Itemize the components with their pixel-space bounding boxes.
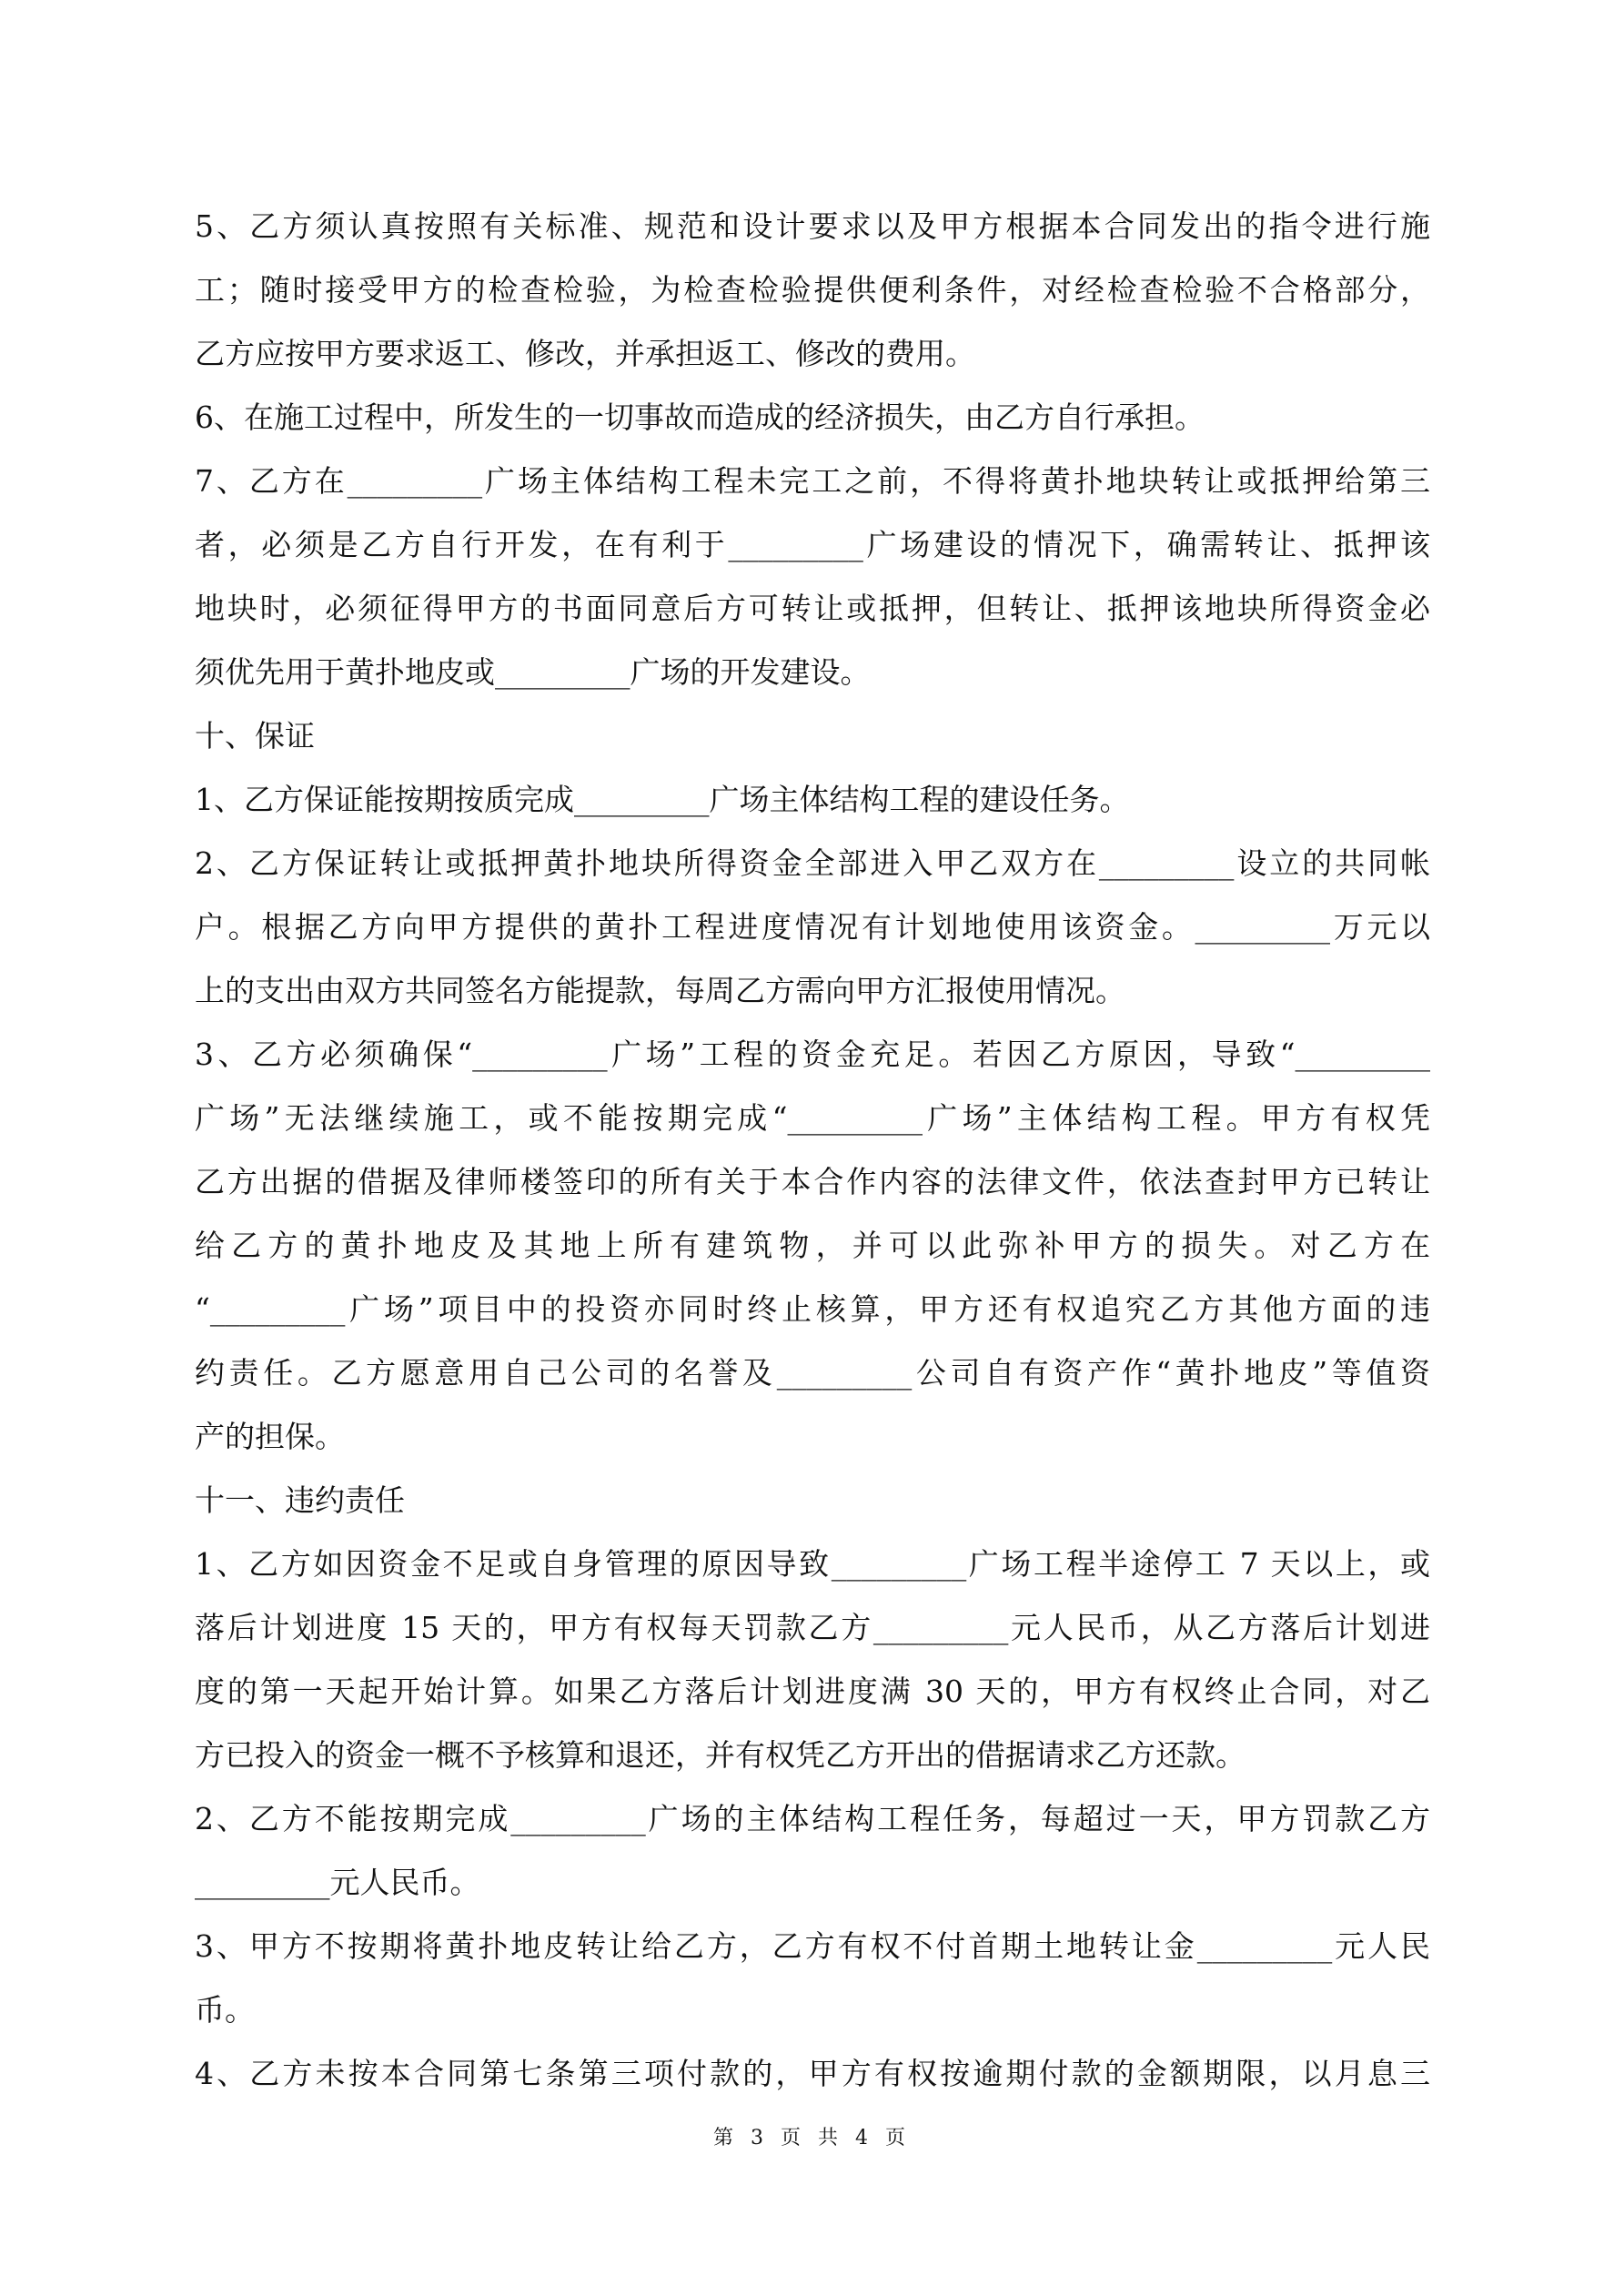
text-line: 户。根据乙方向甲方提供的黄扑工程进度情况有计划地使用该资金。_________万… — [195, 903, 1430, 966]
text-line: 产的担保。 — [195, 1412, 1430, 1476]
clause-9-7: 7、乙方在_________广场主体结构工程未完工之前，不得将黄扑地块转让或抵押… — [195, 457, 1430, 712]
text-line: 4、乙方未按本合同第七条第三项付款的，甲方有权按逾期付款的金额期限，以月息三 — [195, 2049, 1430, 2113]
text-line: 3、甲方不按期将黄扑地皮转让给乙方，乙方有权不付首期土地转让金_________… — [195, 1922, 1430, 1986]
text-line: 方已投入的资金一概不予核算和退还，并有权凭乙方开出的借据请求乙方还款。 — [195, 1731, 1430, 1795]
text-line: 币。 — [195, 1986, 1430, 2049]
clause-9-5: 5、乙方须认真按照有关标准、规范和设计要求以及甲方根据本合同发出的指令进行施 工… — [195, 202, 1430, 393]
text-line: _________元人民币。 — [195, 1858, 1430, 1922]
text-line: 乙方应按甲方要求返工、修改，并承担返工、修改的费用。 — [195, 329, 1430, 393]
text-line: 地块时，必须征得甲方的书面同意后方可转让或抵押，但转让、抵押该地块所得资金必 — [195, 584, 1430, 648]
clause-10-2: 2、乙方保证转让或抵押黄扑地块所得资金全部进入甲乙双方在_________设立的… — [195, 839, 1430, 1030]
clause-11-2: 2、乙方不能按期完成_________广场的主体结构工程任务，每超过一天，甲方罚… — [195, 1795, 1430, 1922]
text-line: 度的第一天起开始计算。如果乙方落后计划进度满 30 天的，甲方有权终止合同，对乙 — [195, 1667, 1430, 1731]
text-line: 乙方出据的借据及律师楼签印的所有关于本合作内容的法律文件，依法查封甲方已转让 — [195, 1158, 1430, 1221]
section-heading: 十、保证 — [195, 712, 1430, 775]
text-line: 2、乙方不能按期完成_________广场的主体结构工程任务，每超过一天，甲方罚… — [195, 1795, 1430, 1858]
text-line: 须优先用于黄扑地皮或_________广场的开发建设。 — [195, 648, 1430, 712]
text-line: 3、乙方必须确保“_________广场”工程的资金充足。若因乙方原因，导致“_… — [195, 1030, 1430, 1094]
clause-11-1: 1、乙方如因资金不足或自身管理的原因导致_________广场工程半途停工 7 … — [195, 1540, 1430, 1795]
clause-11-3: 3、甲方不按期将黄扑地皮转让给乙方，乙方有权不付首期土地转让金_________… — [195, 1922, 1430, 2049]
text-line: 者，必须是乙方自行开发，在有利于_________广场建设的情况下，确需转让、抵… — [195, 521, 1430, 584]
section-heading-liability: 十一、违约责任 — [195, 1476, 1430, 1540]
section-heading: 十一、违约责任 — [195, 1476, 1430, 1540]
page-number-footer: 第 3 页 共 4 页 — [0, 2122, 1624, 2150]
text-line: 约责任。乙方愿意用自己公司的名誉及_________公司自有资产作“黄扑地皮”等… — [195, 1349, 1430, 1412]
clause-10-1: 1、乙方保证能按期按质完成_________广场主体结构工程的建设任务。 — [195, 775, 1430, 839]
clause-10-3: 3、乙方必须确保“_________广场”工程的资金充足。若因乙方原因，导致“_… — [195, 1030, 1430, 1476]
text-line: 7、乙方在_________广场主体结构工程未完工之前，不得将黄扑地块转让或抵押… — [195, 457, 1430, 521]
text-line: 给乙方的黄扑地皮及其地上所有建筑物，并可以此弥补甲方的损失。对乙方在 — [195, 1221, 1430, 1285]
text-line: 1、乙方保证能按期按质完成_________广场主体结构工程的建设任务。 — [195, 775, 1430, 839]
document-body: 5、乙方须认真按照有关标准、规范和设计要求以及甲方根据本合同发出的指令进行施 工… — [195, 202, 1430, 2113]
text-line: 广场”无法继续施工，或不能按期完成“_________广场”主体结构工程。甲方有… — [195, 1094, 1430, 1158]
text-line: 1、乙方如因资金不足或自身管理的原因导致_________广场工程半途停工 7 … — [195, 1540, 1430, 1603]
section-heading-guarantee: 十、保证 — [195, 712, 1430, 775]
clause-9-6: 6、在施工过程中，所发生的一切事故而造成的经济损失，由乙方自行承担。 — [195, 393, 1430, 457]
text-line: 上的支出由双方共同签名方能提款，每周乙方需向甲方汇报使用情况。 — [195, 966, 1430, 1030]
text-line: 6、在施工过程中，所发生的一切事故而造成的经济损失，由乙方自行承担。 — [195, 393, 1430, 457]
text-line: 落后计划进度 15 天的，甲方有权每天罚款乙方_________元人民币，从乙方… — [195, 1603, 1430, 1667]
text-line: “_________广场”项目中的投资亦同时终止核算，甲方还有权追究乙方其他方面… — [195, 1285, 1430, 1349]
text-line: 2、乙方保证转让或抵押黄扑地块所得资金全部进入甲乙双方在_________设立的… — [195, 839, 1430, 903]
text-line: 工；随时接受甲方的检查检验，为检查检验提供便利条件，对经检查检验不合格部分， — [195, 266, 1430, 329]
clause-11-4: 4、乙方未按本合同第七条第三项付款的，甲方有权按逾期付款的金额期限，以月息三 — [195, 2049, 1430, 2113]
text-line: 5、乙方须认真按照有关标准、规范和设计要求以及甲方根据本合同发出的指令进行施 — [195, 202, 1430, 266]
